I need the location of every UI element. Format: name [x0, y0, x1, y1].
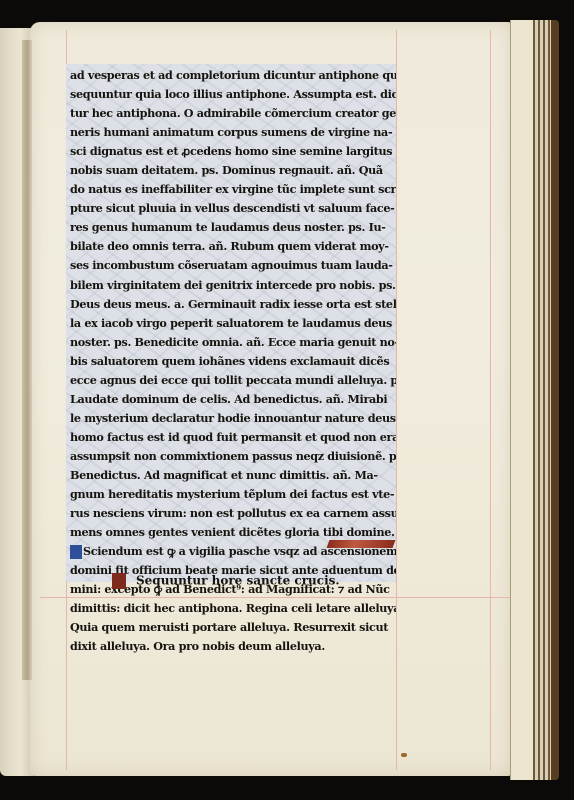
text-line: ad vesperas et ad completorium dicuntur … [70, 66, 396, 85]
text-line: Deus deus meus. a. Germinauit radix iess… [70, 295, 396, 314]
paper-stain [401, 753, 407, 757]
text-line: ses incombustum cõseruatam agnouimus tua… [70, 256, 396, 275]
page-fore-edge [510, 20, 534, 780]
text-column: ad vesperas et ad completorium dicuntur … [70, 66, 396, 656]
text-line: neris humani animatum corpus sumens de v… [70, 123, 396, 142]
heading-text: Sequuntur hore sancte crucis. [136, 574, 340, 588]
text-line: Quia quem meruisti portare alleluya. Res… [70, 618, 396, 637]
text-line: do natus es ineffabiliter ex virgine tũc… [70, 180, 396, 199]
text-line: res genus humanum te laudamus deus noste… [70, 218, 396, 237]
text-line: tur hec antiphona. O admirabile cõmerciu… [70, 104, 396, 123]
ruling-line-right [396, 30, 397, 770]
text-line: gnum hereditatis mysterium tẽplum dei fa… [70, 485, 396, 504]
book-binding [551, 20, 559, 780]
section-heading: Sequuntur hore sancte crucis. [112, 573, 340, 589]
text-line: sequuntur quia loco illius antiphone. As… [70, 85, 396, 104]
text-line: dimittis: dicit hec antiphona. Regina ce… [70, 599, 396, 618]
red-line-filler-icon [327, 540, 396, 548]
text-line: pture sicut pluuia in vellus descendisti… [70, 199, 396, 218]
text-line: rus nesciens virum: non est pollutus ex … [70, 504, 396, 523]
text-line: le mysterium declaratur hodie innouantur… [70, 409, 396, 428]
text-line: sci dignatus est et ꝓcedens homo sine se… [70, 142, 396, 161]
text-line: la ex iacob virgo peperit saluatorem te … [70, 314, 396, 333]
page-stack [533, 20, 551, 780]
ruling-line-outer [490, 30, 491, 770]
text-line: nobis suam deitatem. ps. Dominus regnaui… [70, 161, 396, 180]
text-line: ecce agnus dei ecce qui tollit peccata m… [70, 371, 396, 390]
text-line: assumpsit non commixtionem passus neqz d… [70, 447, 396, 466]
text-line: dixit alleluya. Ora pro nobis deum allel… [70, 637, 396, 656]
text-line: homo factus est id quod fuit permansit e… [70, 428, 396, 447]
gutter-shadow [22, 40, 32, 680]
text-line: noster. ps. Benedicite omnia. añ. Ecce m… [70, 333, 396, 352]
text-line: bilate deo omnis terra. añ. Rubum quem v… [70, 237, 396, 256]
text-line: Benedictus. Ad magnificat et nunc dimitt… [70, 466, 396, 485]
text-line: bilem virginitatem dei genitrix interced… [70, 276, 396, 295]
blue-initial-icon [70, 545, 82, 559]
text-line: bis saluatorem quem iohãnes videns excla… [70, 352, 396, 371]
red-initial-icon [112, 573, 126, 589]
text-line: Laudate dominum de celis. Ad benedictus.… [70, 390, 396, 409]
